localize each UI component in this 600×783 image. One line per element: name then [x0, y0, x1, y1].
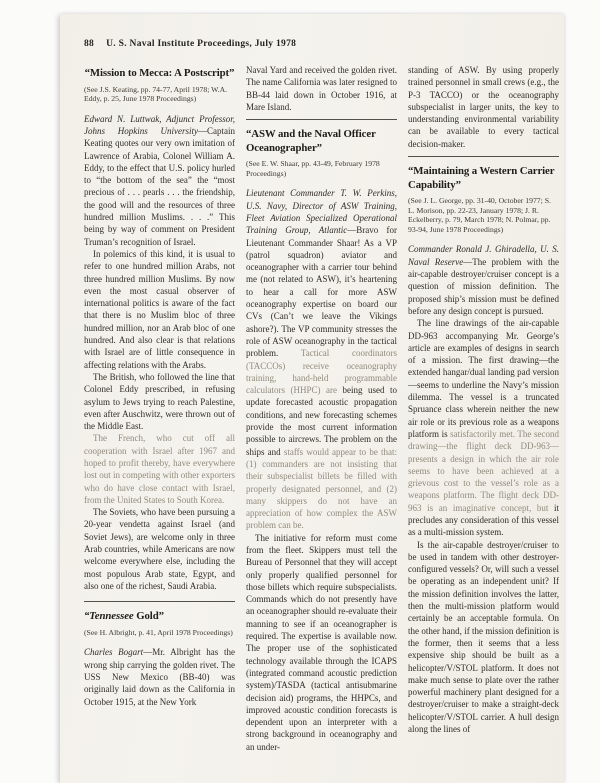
- paragraph-perkins: Lieutenant Commander T. W. Perkins, U.S.…: [246, 187, 397, 531]
- column-2: Naval Yard and received the golden rivet…: [246, 64, 397, 764]
- section-heading-mission-to-mecca: “Mission to Mecca: A Postscript”: [84, 67, 235, 81]
- citation-western-carrier: (See J. L. George, pp. 31-40, October 19…: [408, 196, 559, 234]
- paragraph-bogart-continuation: Naval Yard and received the golden rivet…: [246, 64, 397, 113]
- paragraph-perkins-continuation: standing of ASW. By using properly train…: [408, 64, 559, 150]
- column-3: standing of ASW. By using properly train…: [408, 64, 559, 764]
- section-heading-tennessee-gold: “Tennessee Gold”: [84, 610, 235, 624]
- heading-roman-part: Gold”: [134, 610, 164, 622]
- citation-mission-to-mecca: (See J.S. Keating, pp. 74-77, April 1978…: [84, 85, 235, 104]
- page-number: 88: [84, 39, 94, 49]
- section-heading-western-carrier: “Maintaining a Western Carrier Capabilit…: [408, 165, 559, 192]
- section-divider: [408, 156, 559, 157]
- paragraph-british: The British, who followed the line that …: [84, 371, 235, 432]
- paragraph-luttwak: Edward N. Luttwak, Adjunct Professor, Jo…: [84, 113, 235, 248]
- citation-tennessee-gold: (See H. Albright, p. 41, April 1978 Proc…: [84, 628, 235, 638]
- page-header: 88U. S. Naval Institute Proceedings, Jul…: [84, 39, 564, 49]
- paragraph-text-faded: satisfactorily met. The second drawing—t…: [408, 429, 559, 513]
- paragraph-text-faded: staffs would appear to be that: (1) comm…: [246, 447, 397, 531]
- column-1: “Mission to Mecca: A Postscript” (See J.…: [84, 64, 235, 764]
- paragraph-text: —Bravo for Lieutenant Commander Shaar! A…: [246, 225, 397, 358]
- section-divider: [84, 601, 235, 602]
- scanned-magazine-page: 88U. S. Naval Institute Proceedings, Jul…: [60, 14, 564, 783]
- paragraph-text: —Captain Keating quotes our very own imi…: [84, 126, 235, 247]
- paragraph-soviets: The Soviets, who have been pursuing a 20…: [84, 506, 235, 592]
- publication-title: U. S. Naval Institute Proceedings, July …: [106, 39, 296, 49]
- paragraph-initiative: The initiative for reform must come from…: [246, 532, 397, 753]
- three-column-layout: “Mission to Mecca: A Postscript” (See J.…: [84, 64, 552, 764]
- author-lead-bogart: Charles Bogart: [84, 647, 143, 657]
- paragraph-ghiradella: Commander Ronald J. Ghiradella, U. S. Na…: [408, 243, 559, 317]
- paragraph-bogart: Charles Bogart—Mr. Albright has the wron…: [84, 646, 235, 707]
- citation-asw-oceanographer: (See E. W. Shaar, pp. 43-49, February 19…: [246, 159, 397, 178]
- paragraph-french: The French, who cut off all cooperation …: [84, 432, 235, 506]
- paragraph-text: The line drawings of the air-capable DD-…: [408, 318, 559, 439]
- heading-italic-part: “Tennessee: [84, 610, 134, 622]
- section-heading-asw-oceanographer: “ASW and the Naval Officer Oceanographer…: [246, 128, 397, 155]
- section-divider: [246, 119, 397, 120]
- paragraph-polemics: In polemics of this kind, it is usual to…: [84, 248, 235, 371]
- paragraph-line-drawings: The line drawings of the air-capable DD-…: [408, 317, 559, 538]
- paragraph-tandem: Is the air-capable destroyer/cruiser to …: [408, 539, 559, 736]
